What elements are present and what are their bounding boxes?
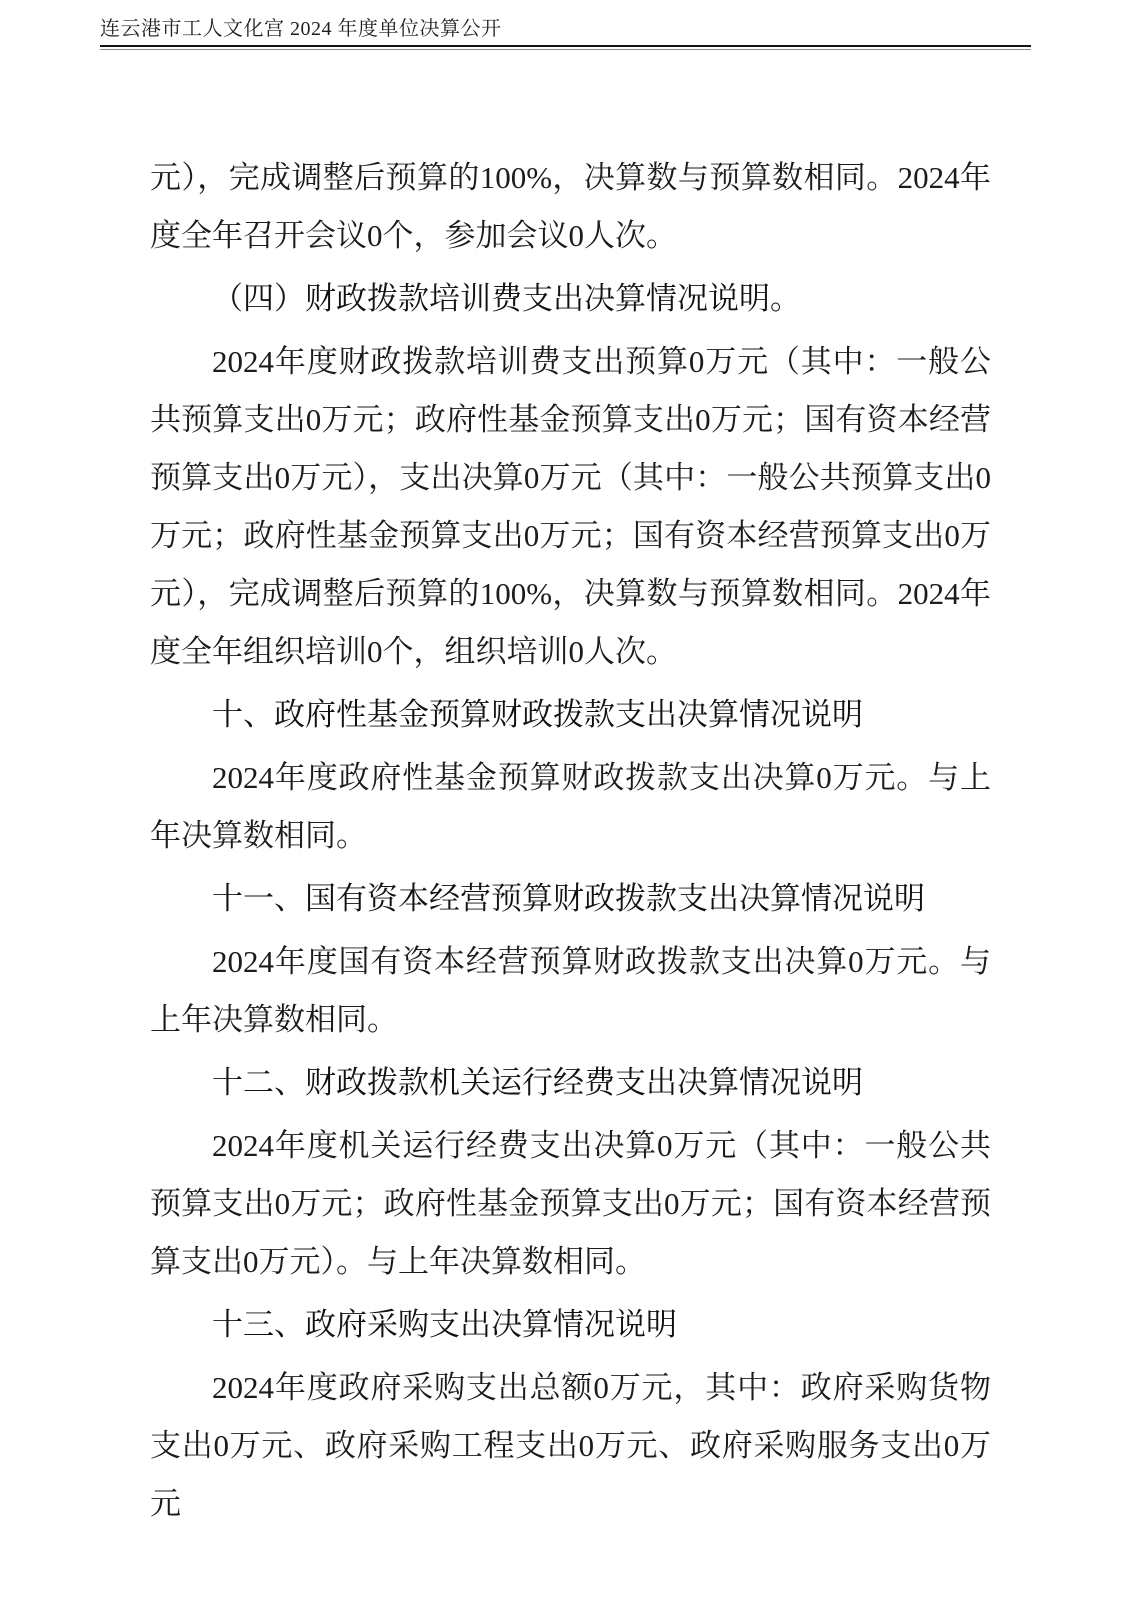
paragraph-agency-operating-expense: 2024年度机关运行经费支出决算0万元（其中：一般公共预算支出0万元；政府性基金… [150,1117,991,1291]
document-body: 元），完成调整后预算的100%，决算数与预算数相同。2024年度全年召开会议0个… [150,149,991,1533]
paragraph-gov-procurement: 2024年度政府采购支出总额0万元，其中：政府采购货物支出0万元、政府采购工程支… [150,1359,991,1533]
heading-section-11-state-capital-budget: 十一、国有资本经营预算财政拨款支出决算情况说明 [150,870,991,928]
header-title: 连云港市工人文化宫 2024 年度单位决算公开 [100,16,1031,42]
heading-section-12-agency-operating-expense: 十二、财政拨款机关运行经费支出决算情况说明 [150,1054,991,1112]
paragraph-meeting-expense-continuation: 元），完成调整后预算的100%，决算数与预算数相同。2024年度全年召开会议0个… [150,149,991,265]
heading-section-13-gov-procurement: 十三、政府采购支出决算情况说明 [150,1296,991,1354]
header-rule [100,45,1031,50]
heading-section-4-training-expense: （四）财政拨款培训费支出决算情况说明。 [150,270,991,328]
paragraph-training-expense: 2024年度财政拨款培训费支出预算0万元（其中：一般公共预算支出0万元；政府性基… [150,333,991,681]
paragraph-state-capital-budget: 2024年度国有资本经营预算财政拨款支出决算0万元。与上年决算数相同。 [150,933,991,1049]
paragraph-gov-fund-budget: 2024年度政府性基金预算财政拨款支出决算0万元。与上年决算数相同。 [150,749,991,865]
document-page: 连云港市工人文化宫 2024 年度单位决算公开 元），完成调整后预算的100%，… [0,0,1131,1600]
header-rule-thick-line [100,45,1031,47]
page-header: 连云港市工人文化宫 2024 年度单位决算公开 [100,16,1031,50]
header-rule-thin-line [100,49,1031,50]
heading-section-10-gov-fund-budget: 十、政府性基金预算财政拨款支出决算情况说明 [150,686,991,744]
